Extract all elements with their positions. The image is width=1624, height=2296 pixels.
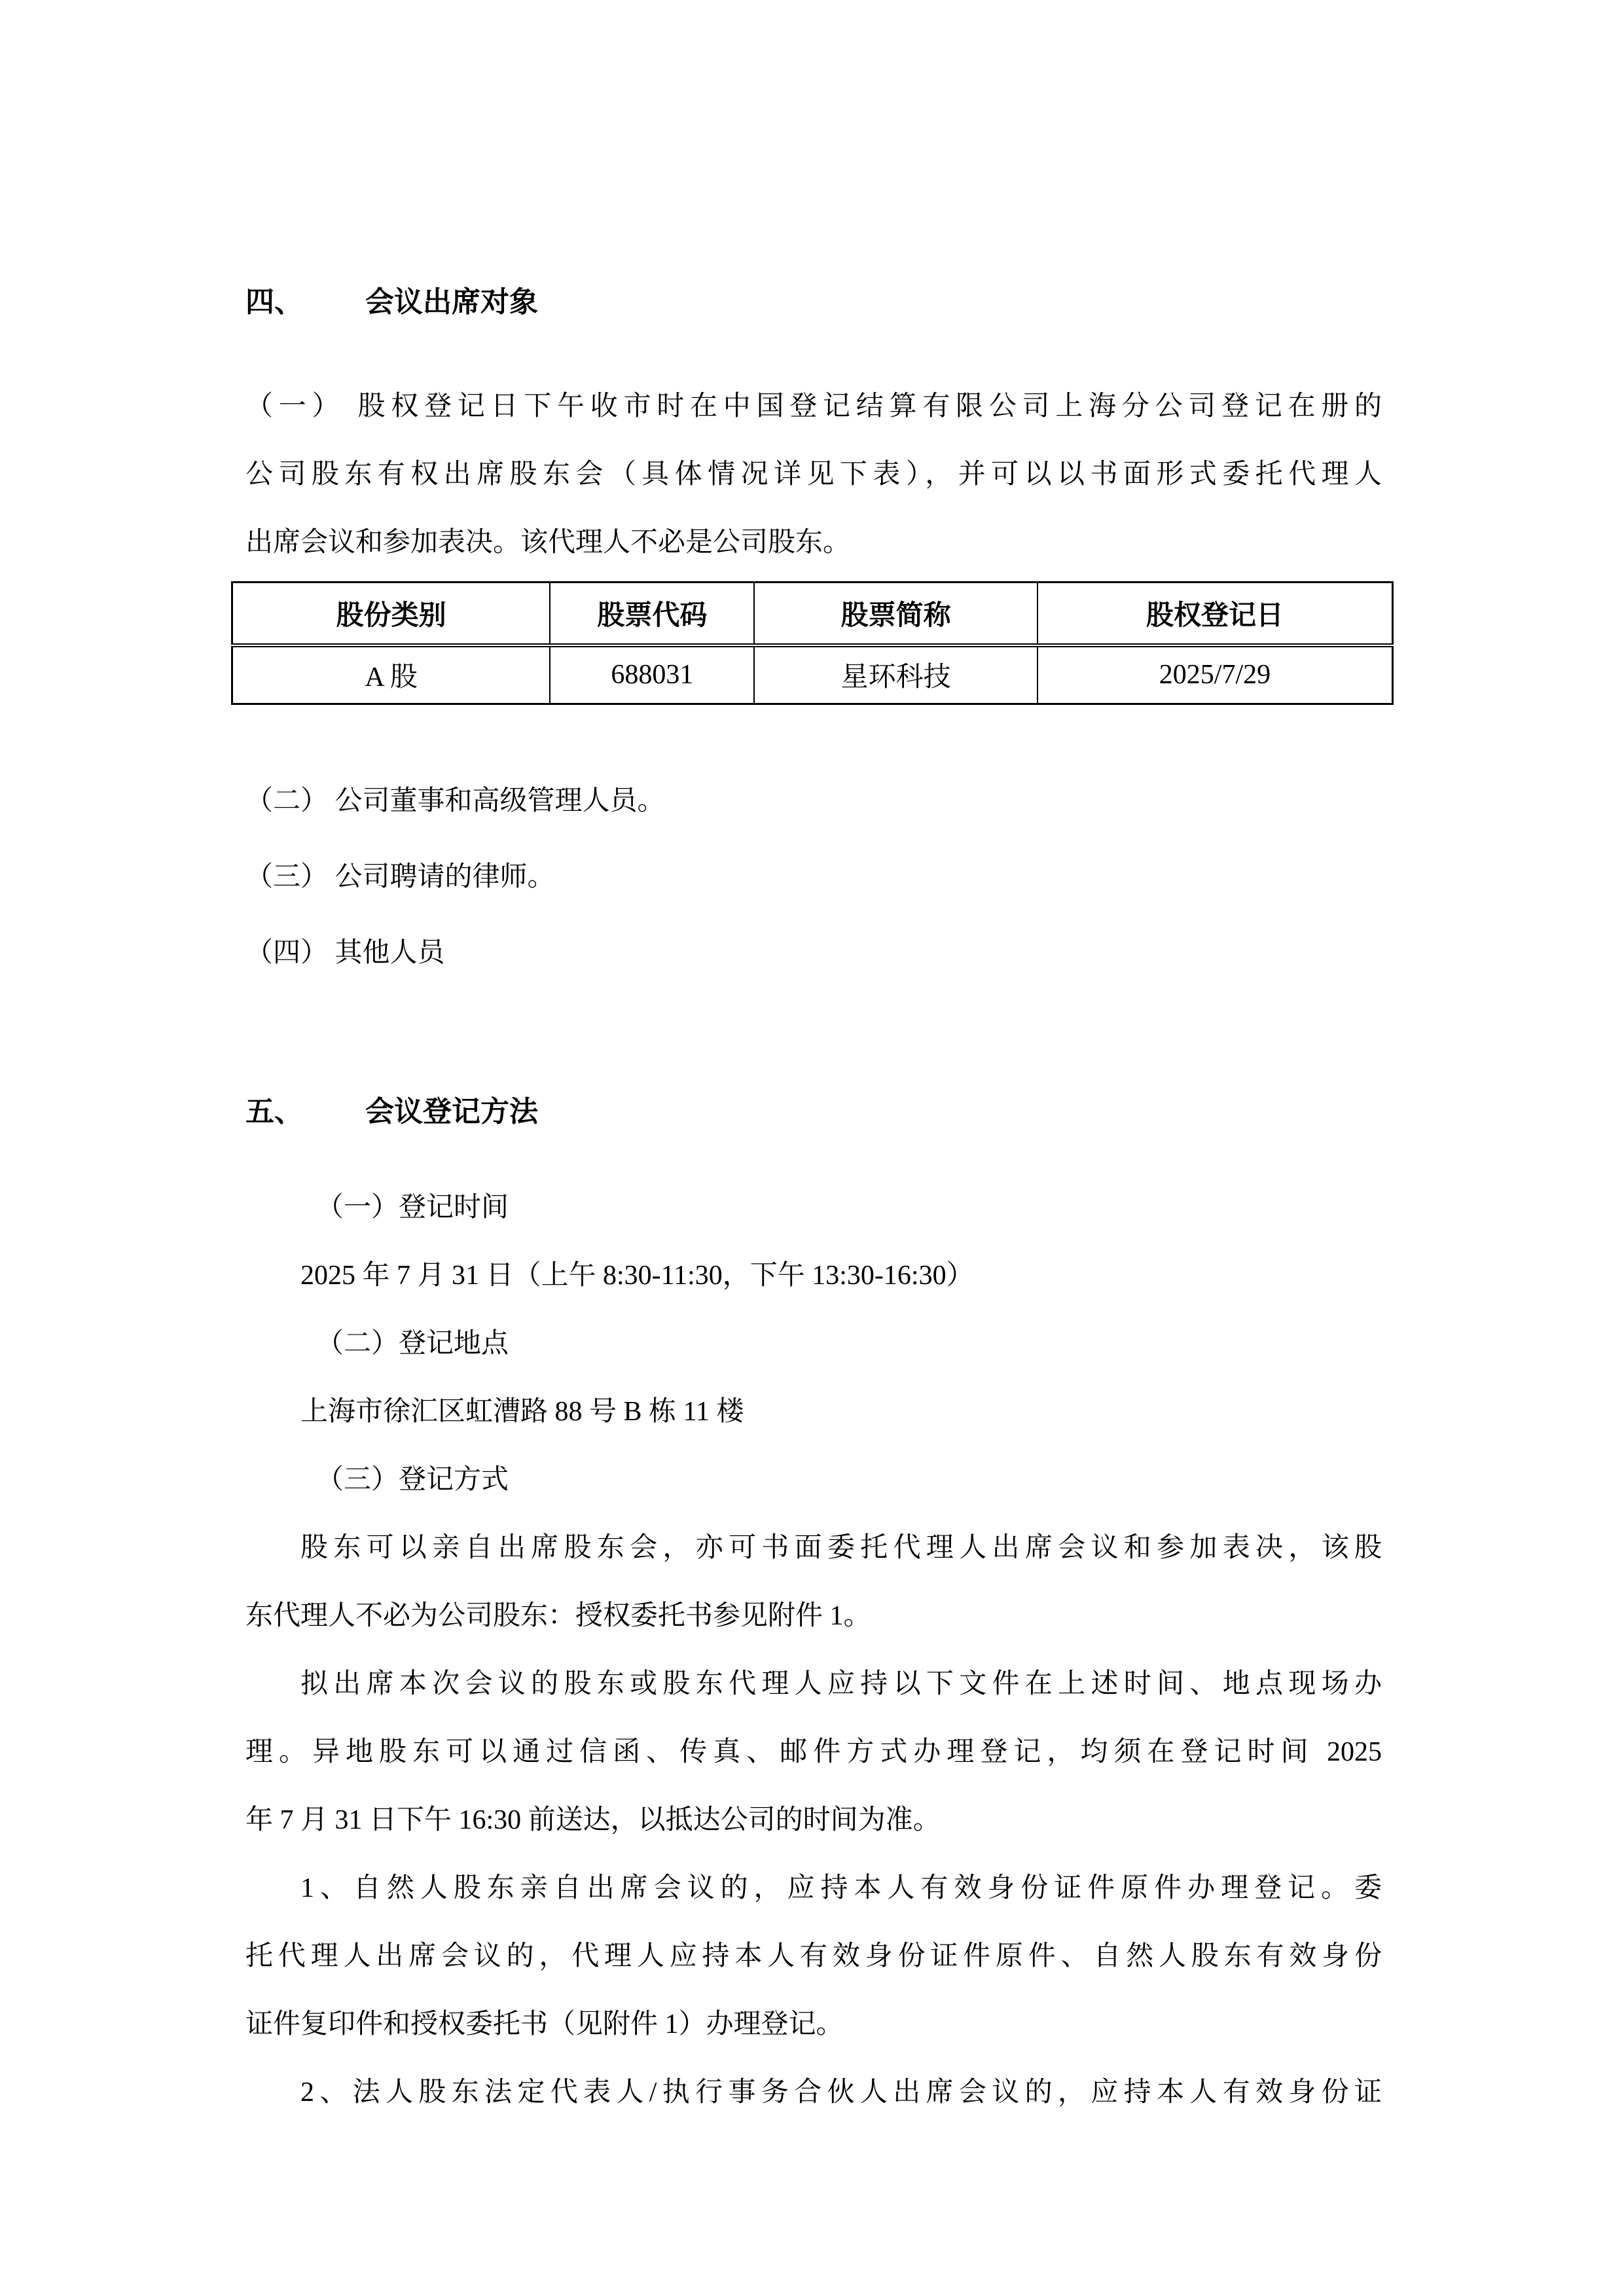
paragraph-line: 公司股东有权出席股东会（具体情况详见下表），并可以以书面形式委托代理人 bbox=[245, 440, 1382, 509]
document-page: 四、会议出席对象 （一） 股权登记日下午收市时在中国登记结算有限公司上海分公司登… bbox=[0, 0, 1624, 2296]
paragraph-line: 2、法人股东法定代表人/执行事务合伙人出席会议的，应持本人有效身份证 bbox=[245, 2058, 1382, 2126]
table-header-stock-code: 股票代码 bbox=[550, 583, 754, 645]
paragraph-line: （一）登记时间 bbox=[245, 1174, 1382, 1242]
paragraph-line: 出席会议和参加表决。该代理人不必是公司股东。 bbox=[245, 509, 1382, 577]
list-item: （三） 公司聘请的律师。 bbox=[245, 843, 1382, 911]
paragraph-line: （二）登记地点 bbox=[245, 1310, 1382, 1378]
paragraph-line: 东代理人不必为公司股东：授权委托书参见附件 1。 bbox=[245, 1582, 1382, 1650]
paragraph-line: 托代理人出席会议的，代理人应持本人有效身份证件原件、自然人股东有效身份 bbox=[245, 1922, 1382, 1990]
table-cell-stock-code: 688031 bbox=[550, 645, 754, 704]
section5-heading: 五、会议登记方法 bbox=[245, 1094, 1382, 1130]
table-row: A 股 688031 星环科技 2025/7/29 bbox=[232, 645, 1393, 704]
table-header-record-date: 股权登记日 bbox=[1038, 583, 1393, 645]
paragraph-line: 上海市徐汇区虹漕路 88 号 B 栋 11 楼 bbox=[245, 1378, 1382, 1446]
paragraph-line: 年 7 月 31 日下午 16:30 前送达，以抵达公司的时间为准。 bbox=[245, 1786, 1382, 1854]
paragraph-line: （一） 股权登记日下午收市时在中国登记结算有限公司上海分公司登记在册的 bbox=[245, 372, 1382, 440]
table-cell-stock-name: 星环科技 bbox=[754, 645, 1038, 704]
section5-body: （一）登记时间 2025 年 7 月 31 日（上午 8:30-11:30，下午… bbox=[245, 1174, 1382, 2126]
table-header-row: 股份类别 股票代码 股票简称 股权登记日 bbox=[232, 583, 1393, 645]
paragraph-line: 证件复印件和授权委托书（见附件 1）办理登记。 bbox=[245, 1990, 1382, 2058]
paragraph-line: 股东可以亲自出席股东会，亦可书面委托代理人出席会议和参加表决，该股 bbox=[245, 1514, 1382, 1582]
section4-paragraph1: （一） 股权登记日下午收市时在中国登记结算有限公司上海分公司登记在册的 公司股东… bbox=[245, 372, 1382, 577]
table-cell-share-class: A 股 bbox=[232, 645, 550, 704]
paragraph-line: 拟出席本次会议的股东或股东代理人应持以下文件在上述时间、地点现场办 bbox=[245, 1650, 1382, 1718]
paragraph-line: 理。异地股东可以通过信函、传真、邮件方式办理登记，均须在登记时间 2025 bbox=[245, 1718, 1382, 1786]
list-item: （二） 公司董事和高级管理人员。 bbox=[245, 767, 1382, 835]
paragraph-line: 2025 年 7 月 31 日（上午 8:30-11:30，下午 13:30-1… bbox=[245, 1242, 1382, 1310]
paragraph-line: 1、自然人股东亲自出席会议的，应持本人有效身份证件原件办理登记。委 bbox=[245, 1854, 1382, 1922]
table-header-stock-name: 股票简称 bbox=[754, 583, 1038, 645]
list-item: （四） 其他人员 bbox=[245, 919, 1382, 987]
section4-heading: 四、会议出席对象 bbox=[245, 284, 1382, 321]
section4-title: 会议出席对象 bbox=[365, 286, 538, 318]
section4-items: （二） 公司董事和高级管理人员。 （三） 公司聘请的律师。 （四） 其他人员 bbox=[245, 767, 1382, 987]
section4-number: 四、 bbox=[245, 286, 303, 318]
section5-number: 五、 bbox=[245, 1096, 303, 1128]
section5-title: 会议登记方法 bbox=[365, 1096, 538, 1128]
stock-info-table: 股份类别 股票代码 股票简称 股权登记日 A 股 688031 星环科技 202… bbox=[231, 581, 1394, 705]
table-cell-record-date: 2025/7/29 bbox=[1038, 645, 1393, 704]
table-header-share-class: 股份类别 bbox=[232, 583, 550, 645]
paragraph-line: （三）登记方式 bbox=[245, 1446, 1382, 1514]
